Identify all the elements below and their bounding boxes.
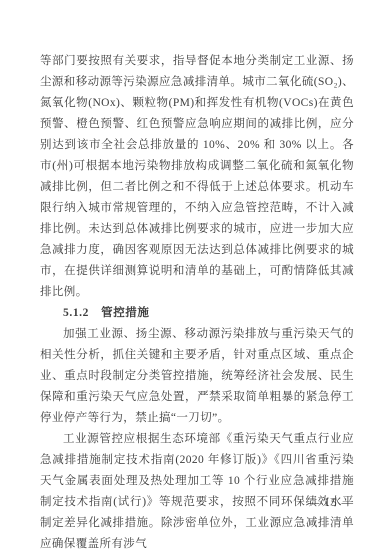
paragraph-industrial-source-control: 工业源管控应根据生态环境部《重污染天气重点行业应急减排措施制定技术指南(2020… — [40, 429, 354, 551]
document-page: 等部门要按照有关要求，指导督促本地分类制定工业源、扬尘源和移动源等污染源应急减排… — [0, 0, 390, 551]
paragraph-control-measures: 加强工业源、扬尘源、移动源污染排放与重污染天气的相关性分析，抓住关键和主要矛盾，… — [40, 324, 354, 429]
page-number: — 15 — — [308, 493, 354, 514]
paragraph-emission-reduction-ratios: 等部门要按照有关要求，指导督促本地分类制定工业源、扬尘源和移动源等污染源应急减排… — [40, 51, 354, 303]
section-heading: 5.1.2 管控措施 — [40, 303, 354, 324]
